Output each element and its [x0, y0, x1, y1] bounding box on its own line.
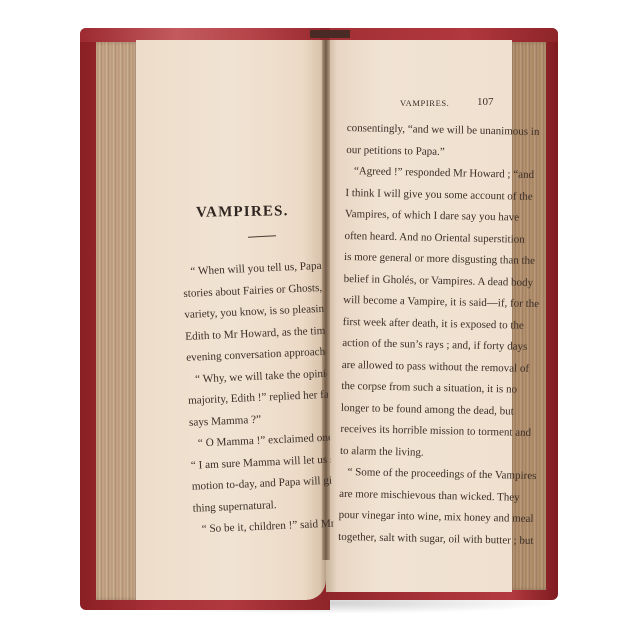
- page-edges-left: [96, 42, 138, 600]
- text-line: Vampires, of which I dare say you have: [345, 204, 495, 229]
- page-number: 107: [477, 96, 494, 108]
- chapter-title: VAMPIRES.: [196, 203, 289, 222]
- text-line: are more mischievous than wicked. They: [339, 483, 489, 508]
- text-line: to alarm the living.: [340, 440, 490, 465]
- text-line: our petitions to Papa.”: [346, 139, 496, 164]
- text-line: pour vinegar into wine, mix honey and me…: [338, 505, 488, 530]
- text-line: is more general or more disgusting than …: [344, 247, 494, 272]
- running-head: VAMPIRES.: [400, 98, 449, 108]
- text-line: the corpse from such a situation, it is …: [341, 376, 491, 401]
- text-line: I think I will give you some account of …: [345, 182, 495, 207]
- text-line: are allowed to pass without the removal …: [342, 354, 492, 379]
- text-line: often heard. And no Oriental superstitio…: [344, 225, 494, 250]
- left-page-text: “ When will you tell us, Papa ! some mor…: [182, 256, 334, 541]
- text-line: receives its horrible mission to torment…: [340, 419, 490, 444]
- open-book-photo: VAMPIRES. “ When will you tell us, Papa …: [0, 0, 635, 635]
- text-line: belief in Gholés, or Vampires. A dead bo…: [343, 268, 493, 293]
- text-line: will become a Vampire, it is said—if, fo…: [343, 290, 493, 315]
- text-line: longer to be found among the dead, but: [341, 397, 491, 422]
- spine-top: [310, 30, 350, 38]
- text-line: “ Some of the proceedings of the Vampire…: [339, 462, 489, 487]
- right-page-text: consentingly, “and we will be unanimous …: [338, 118, 497, 551]
- text-line: together, salt with sugar, oil with butt…: [338, 526, 488, 551]
- text-line: first week after death, it is exposed to…: [342, 311, 492, 336]
- text-line: “Agreed !” responded Mr Howard ; “and: [346, 161, 496, 186]
- text-line: consentingly, “and we will be unanimous …: [347, 118, 497, 143]
- text-line: action of the sun’s rays ; and, if forty…: [342, 333, 492, 358]
- page-edges-right: [510, 42, 546, 590]
